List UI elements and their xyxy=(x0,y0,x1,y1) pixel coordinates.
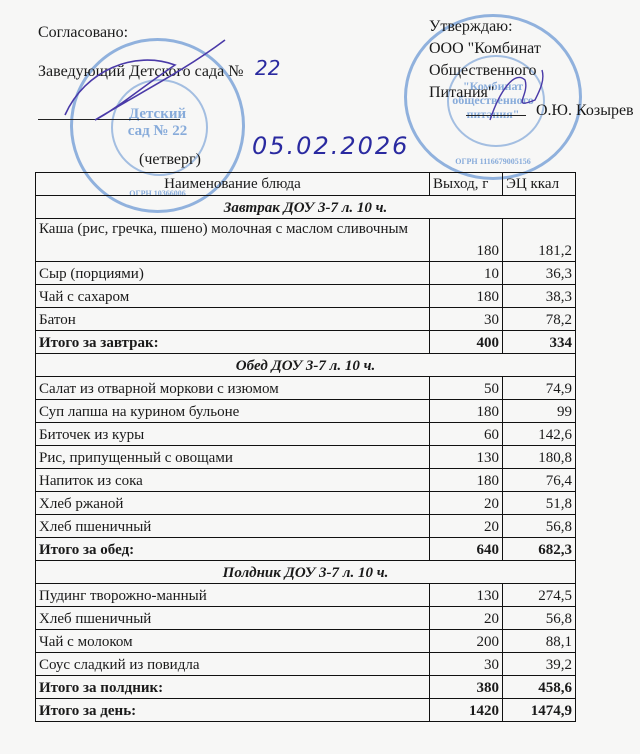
dish-name: Чай с сахаром xyxy=(36,285,430,308)
dish-output: 30 xyxy=(430,308,503,331)
section-header-row: Обед ДОУ 3-7 л. 10 ч. xyxy=(36,354,576,377)
dish-name: Напиток из сока xyxy=(36,469,430,492)
dish-name: Рис, припущенный с овощами xyxy=(36,446,430,469)
dish-output: 130 xyxy=(430,584,503,607)
column-header-kcal: ЭЦ ккал xyxy=(503,173,576,196)
dish-kcal: 88,1 xyxy=(503,630,576,653)
approver-right-name: О.Ю. Козырев xyxy=(536,101,634,121)
section-title: Завтрак ДОУ 3-7 л. 10 ч. xyxy=(36,196,576,219)
total-output: 400 xyxy=(430,331,503,354)
total-label: Итого за завтрак: xyxy=(36,331,430,354)
dish-name: Батон xyxy=(36,308,430,331)
dish-output: 30 xyxy=(430,653,503,676)
total-output: 380 xyxy=(430,676,503,699)
total-label: Итого за полдник: xyxy=(36,676,430,699)
table-row: Соус сладкий из повидла3039,2 xyxy=(36,653,576,676)
dish-kcal: 181,2 xyxy=(503,219,576,262)
dish-kcal: 36,3 xyxy=(503,262,576,285)
table-row: Каша (рис, гречка, пшено) молочная с мас… xyxy=(36,219,576,262)
dish-kcal: 74,9 xyxy=(503,377,576,400)
dish-output: 50 xyxy=(430,377,503,400)
dish-name: Чай с молоком xyxy=(36,630,430,653)
dish-kcal: 274,5 xyxy=(503,584,576,607)
dish-name: Соус сладкий из повидла xyxy=(36,653,430,676)
dish-name: Салат из отварной моркови с изюмом xyxy=(36,377,430,400)
section-total-row: Итого за завтрак:400334 xyxy=(36,331,576,354)
kindergarten-number-handwritten: 22 xyxy=(255,56,280,80)
dish-output: 180 xyxy=(430,285,503,308)
dish-kcal: 56,8 xyxy=(503,607,576,630)
dish-kcal: 56,8 xyxy=(503,515,576,538)
grand-total-label: Итого за день: xyxy=(36,699,430,722)
table-row: Рис, припущенный с овощами130180,8 xyxy=(36,446,576,469)
dish-kcal: 142,6 xyxy=(503,423,576,446)
dish-name: Хлеб пшеничный xyxy=(36,607,430,630)
section-total-row: Итого за обед:640682,3 xyxy=(36,538,576,561)
date-handwritten: 05.02.2026 xyxy=(252,132,409,160)
total-kcal: 458,6 xyxy=(503,676,576,699)
grand-total-row: Итого за день:14201474,9 xyxy=(36,699,576,722)
signature-left xyxy=(55,30,235,130)
table-row: Чай с сахаром18038,3 xyxy=(36,285,576,308)
table-row: Хлеб ржаной2051,8 xyxy=(36,492,576,515)
table-row: Хлеб пшеничный2056,8 xyxy=(36,515,576,538)
dish-kcal: 78,2 xyxy=(503,308,576,331)
total-label: Итого за обед: xyxy=(36,538,430,561)
dish-output: 180 xyxy=(430,400,503,423)
dish-output: 10 xyxy=(430,262,503,285)
dish-name: Пудинг творожно-манный xyxy=(36,584,430,607)
dish-kcal: 99 xyxy=(503,400,576,423)
dish-name: Биточек из куры xyxy=(36,423,430,446)
table-row: Сыр (порциями)1036,3 xyxy=(36,262,576,285)
table-row: Хлеб пшеничный2056,8 xyxy=(36,607,576,630)
table-header-row: Наименование блюдаВыход, гЭЦ ккал xyxy=(36,173,576,196)
dish-name: Хлеб ржаной xyxy=(36,492,430,515)
menu-table: Наименование блюдаВыход, гЭЦ ккалЗавтрак… xyxy=(35,172,576,722)
table-row: Суп лапша на курином бульоне18099 xyxy=(36,400,576,423)
dish-output: 180 xyxy=(430,219,503,262)
table-row: Батон3078,2 xyxy=(36,308,576,331)
total-kcal: 682,3 xyxy=(503,538,576,561)
dish-output: 130 xyxy=(430,446,503,469)
dish-name: Хлеб пшеничный xyxy=(36,515,430,538)
grand-total-output: 1420 xyxy=(430,699,503,722)
dish-kcal: 38,3 xyxy=(503,285,576,308)
dish-name: Сыр (порциями) xyxy=(36,262,430,285)
table-row: Пудинг творожно-манный130274,5 xyxy=(36,584,576,607)
total-output: 640 xyxy=(430,538,503,561)
section-title: Полдник ДОУ 3-7 л. 10 ч. xyxy=(36,561,576,584)
dish-kcal: 76,4 xyxy=(503,469,576,492)
dish-name: Каша (рис, гречка, пшено) молочная с мас… xyxy=(36,219,430,262)
day-of-week: (четверг) xyxy=(139,150,201,170)
table-row: Чай с молоком20088,1 xyxy=(36,630,576,653)
table-row: Напиток из сока18076,4 xyxy=(36,469,576,492)
dish-kcal: 180,8 xyxy=(503,446,576,469)
table-row: Биточек из куры60142,6 xyxy=(36,423,576,446)
grand-total-kcal: 1474,9 xyxy=(503,699,576,722)
dish-output: 200 xyxy=(430,630,503,653)
column-header-output: Выход, г xyxy=(430,173,503,196)
section-title: Обед ДОУ 3-7 л. 10 ч. xyxy=(36,354,576,377)
column-header-name: Наименование блюда xyxy=(36,173,430,196)
total-kcal: 334 xyxy=(503,331,576,354)
dish-output: 60 xyxy=(430,423,503,446)
dish-output: 20 xyxy=(430,607,503,630)
dish-kcal: 51,8 xyxy=(503,492,576,515)
dish-kcal: 39,2 xyxy=(503,653,576,676)
section-header-row: Завтрак ДОУ 3-7 л. 10 ч. xyxy=(36,196,576,219)
section-total-row: Итого за полдник:380458,6 xyxy=(36,676,576,699)
right-stamp-ogrn: ОГРН 1116679005156 xyxy=(407,157,579,166)
dish-output: 20 xyxy=(430,492,503,515)
table-row: Салат из отварной моркови с изюмом5074,9 xyxy=(36,377,576,400)
dish-name: Суп лапша на курином бульоне xyxy=(36,400,430,423)
dish-output: 20 xyxy=(430,515,503,538)
section-header-row: Полдник ДОУ 3-7 л. 10 ч. xyxy=(36,561,576,584)
dish-output: 180 xyxy=(430,469,503,492)
